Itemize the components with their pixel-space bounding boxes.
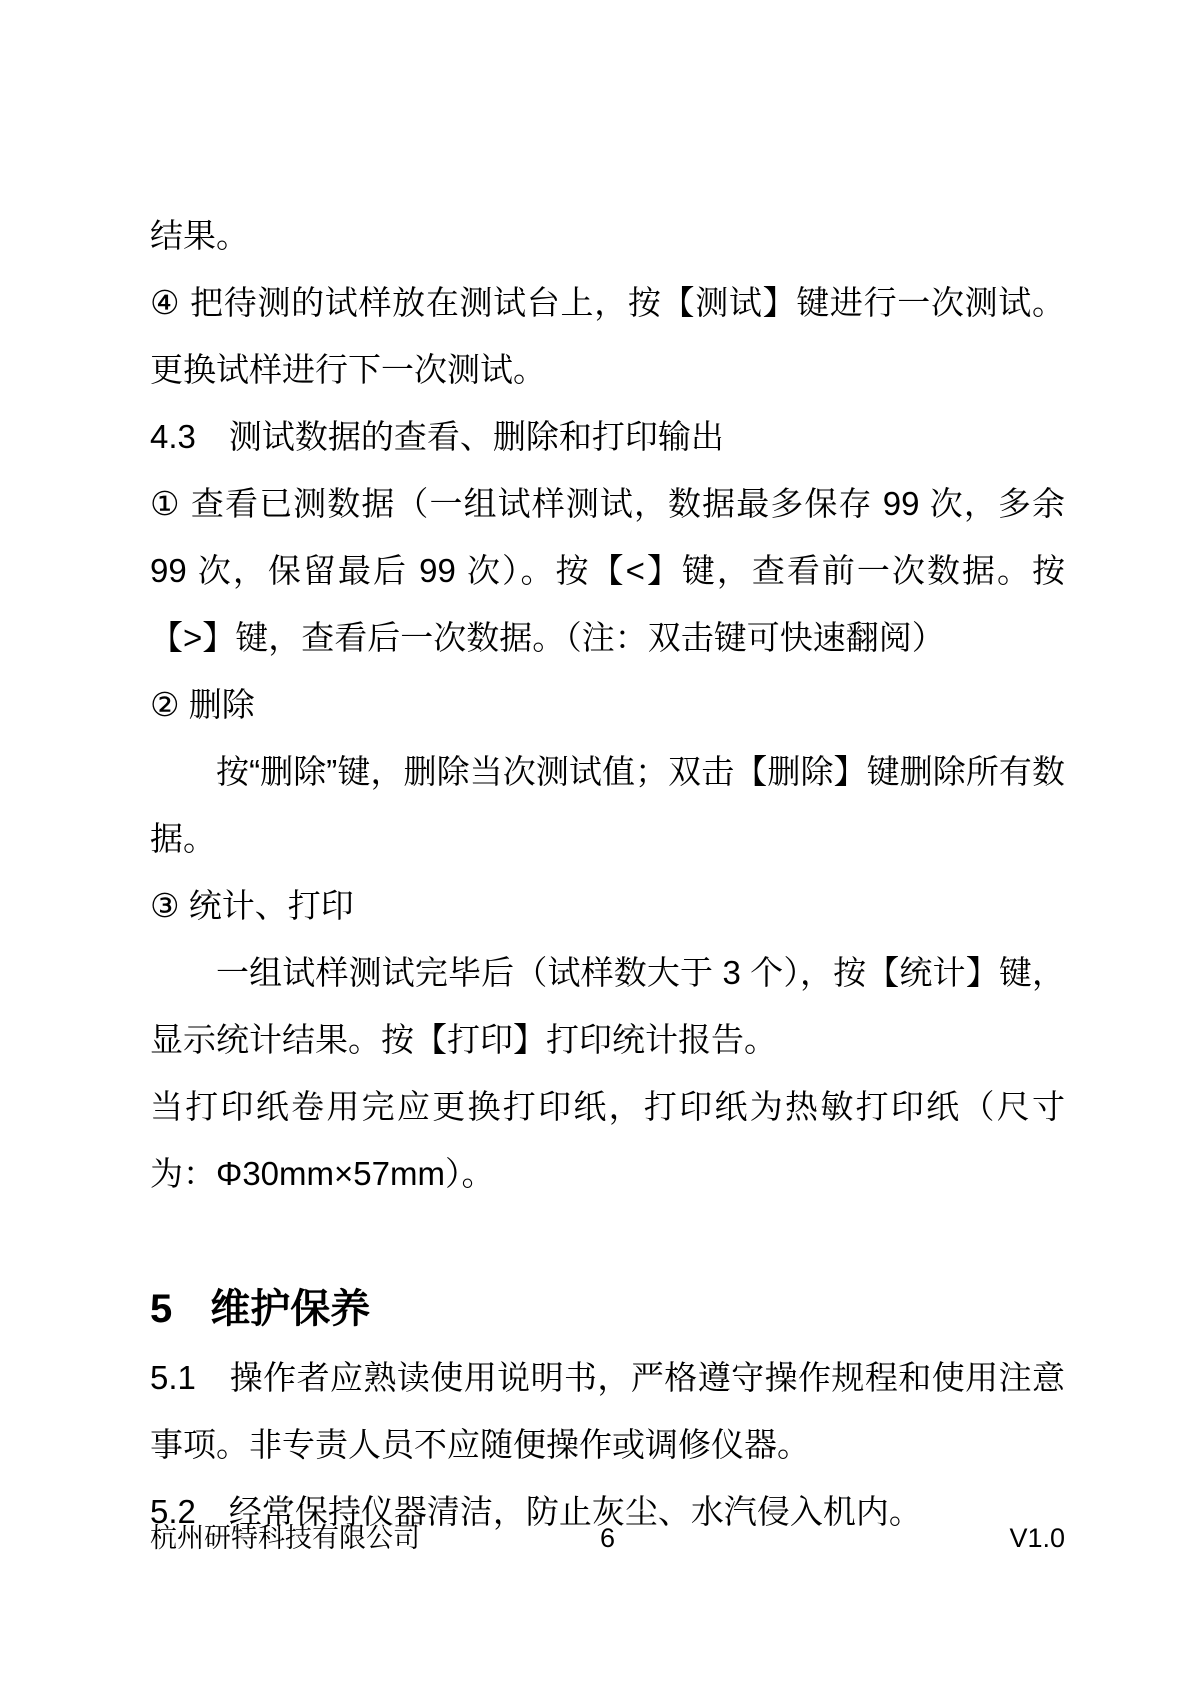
- paragraph-result-continuation: 结果。: [150, 202, 1065, 269]
- footer-version: V1.0: [760, 1518, 1065, 1558]
- footer-page-number: 6: [455, 1518, 760, 1558]
- page-content: 结果。 ④ 把待测的试样放在测试台上，按【测试】键进行一次测试。更换试样进行下一…: [150, 202, 1065, 1545]
- page-footer: 杭州研特科技有限公司 6 V1.0: [150, 1518, 1065, 1558]
- paragraph-item-3-stats-print: ③ 统计、打印: [150, 872, 1065, 939]
- document-page: 结果。 ④ 把待测的试样放在测试台上，按【测试】键进行一次测试。更换试样进行下一…: [0, 0, 1200, 1702]
- paragraph-step-4: ④ 把待测的试样放在测试台上，按【测试】键进行一次测试。更换试样进行下一次测试。: [150, 269, 1065, 403]
- paragraph-5-1: 5.1 操作者应熟读使用说明书，严格遵守操作规程和使用注意事项。非专责人员不应随…: [150, 1344, 1065, 1478]
- footer-company-name: 杭州研特科技有限公司: [150, 1518, 455, 1558]
- subsection-4-3-title: 4.3 测试数据的查看、删除和打印输出: [150, 403, 1065, 470]
- paragraph-item-1-view-data: ① 查看已测数据（一组试样测试，数据最多保存 99 次，多余 99 次，保留最后…: [150, 470, 1065, 671]
- section-5-title: 维护保养: [210, 1287, 370, 1331]
- paragraph-item-2-delete: ② 删除: [150, 671, 1065, 738]
- section-5-heading: 5维护保养: [150, 1274, 1065, 1344]
- paragraph-delete-detail: 按“删除”键，删除当次测试值；双击【删除】键删除所有数据。: [150, 738, 1065, 872]
- section-5-number: 5: [150, 1287, 172, 1331]
- paragraph-stats-print-detail: 一组试样测试完毕后（试样数大于 3 个），按【统计】键，显示统计结果。按【打印】…: [150, 939, 1065, 1073]
- paragraph-printer-paper: 当打印纸卷用完应更换打印纸，打印纸为热敏打印纸（尺寸为：Φ30mm×57mm）。: [150, 1073, 1065, 1207]
